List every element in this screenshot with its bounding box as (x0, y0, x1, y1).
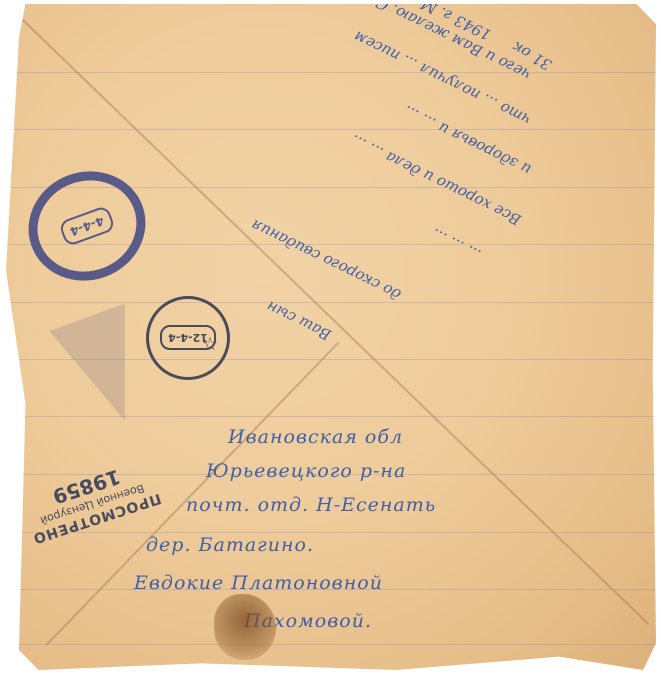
letter-paper: 31 ок 1943 г. Мамаша я жив здоров чего и… (6, 4, 656, 670)
address-line-post-office: почт. отд. Н-Есенать (186, 494, 436, 516)
ruled-line (6, 72, 656, 73)
postmark-left-date: 4-4-4 (59, 205, 116, 247)
ruled-line (6, 644, 656, 645)
address-line-village: дер. Батагино. (146, 534, 314, 556)
address-line-recipient-name: Евдокие Платоновной (134, 572, 383, 594)
stain (214, 594, 276, 660)
postmark-left: 4-4-4 (13, 155, 161, 297)
star-icon: ☆ (202, 334, 218, 355)
ruled-line (6, 129, 656, 130)
address-line-region: Ивановская обл (228, 426, 403, 448)
ruled-line (6, 532, 656, 533)
ruled-line (6, 302, 656, 303)
address-line-district: Юрьевецкого р-на (206, 460, 406, 482)
letter-line: ... ... ... (429, 225, 484, 264)
letter-line: Ваш сын (264, 297, 334, 344)
faint-triangle-mark (50, 304, 163, 435)
